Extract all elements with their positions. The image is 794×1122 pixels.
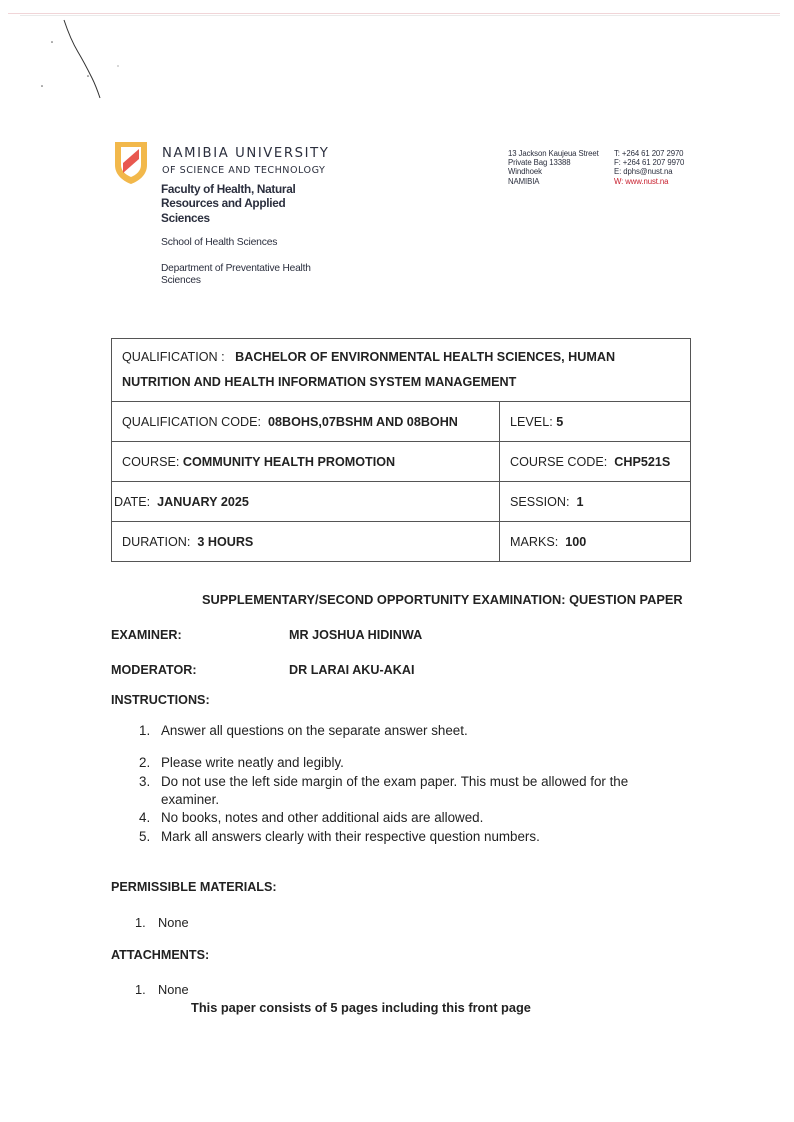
session-label: SESSION: [510, 495, 570, 509]
instruction-item: 1.Answer all questions on the separate a… [139, 723, 468, 738]
instruction-item: 3.Do not use the left side margin of the… [139, 774, 628, 789]
level-label: LEVEL: [510, 415, 553, 429]
qualification-cell: QUALIFICATION : BACHELOR OF ENVIRONMENTA… [112, 339, 691, 402]
course-label: COURSE: [122, 455, 179, 469]
qualification-code-cell: QUALIFICATION CODE: 08BOHS,07BSHM AND 08… [112, 402, 500, 442]
instruction-item: 5.Mark all answers clearly with their re… [139, 829, 540, 844]
website-link[interactable]: W: www.nust.na [614, 177, 684, 186]
instruction-text: No books, notes and other additional aid… [161, 810, 483, 825]
date-cell: DATE: JANUARY 2025 [112, 482, 500, 522]
instruction-number: 4. [139, 810, 161, 825]
university-subtitle: OF SCIENCE AND TECHNOLOGY [162, 165, 325, 176]
course-code-label: COURSE CODE: [510, 455, 607, 469]
instruction-text: Mark all answers clearly with their resp… [161, 829, 540, 844]
qualification-code-label: QUALIFICATION CODE: [122, 415, 261, 429]
item-number: 1. [135, 982, 158, 997]
marks-label: MARKS: [510, 535, 558, 549]
duration-label: DURATION: [122, 535, 190, 549]
address-line: Windhoek [508, 167, 599, 176]
marks-value: 100 [565, 535, 586, 549]
qualification-value-line2: NUTRITION AND HEALTH INFORMATION SYSTEM … [122, 375, 516, 389]
session-cell: SESSION: 1 [500, 482, 691, 522]
course-code-value: CHP521S [614, 455, 670, 469]
instruction-number: 2. [139, 755, 161, 770]
address-line: NAMIBIA [508, 177, 599, 186]
postal-address: 13 Jackson Kaujeua Street Private Bag 13… [508, 149, 599, 186]
fax-number: F: +264 61 207 9970 [614, 158, 684, 167]
item-text: None [158, 915, 189, 930]
instruction-number: 1. [139, 723, 161, 738]
school-name: School of Health Sciences [161, 237, 277, 248]
course-value: COMMUNITY HEALTH PROMOTION [183, 455, 395, 469]
phone-number: T: +264 61 207 2970 [614, 149, 684, 158]
level-value: 5 [556, 415, 563, 429]
duration-value: 3 HOURS [197, 535, 253, 549]
contact-details: T: +264 61 207 2970 F: +264 61 207 9970 … [614, 149, 684, 186]
instruction-item: 4.No books, notes and other additional a… [139, 810, 483, 825]
attachments-heading: ATTACHMENTS: [111, 948, 209, 962]
attachment-item: 1.None [135, 982, 189, 997]
university-name: NAMIBIA UNIVERSITY [162, 146, 329, 161]
permissible-material-item: 1.None [135, 915, 189, 930]
session-value: 1 [577, 495, 584, 509]
pen-mark [30, 18, 120, 103]
qualification-label: QUALIFICATION : [122, 350, 225, 364]
item-number: 1. [135, 915, 158, 930]
marks-cell: MARKS: 100 [500, 522, 691, 562]
faculty-name: Faculty of Health, Natural Resources and… [161, 182, 321, 225]
scan-edge-line [8, 13, 780, 14]
instruction-text: Do not use the left side margin of the e… [161, 774, 628, 789]
instruction-text: Please write neatly and legibly. [161, 755, 344, 770]
item-text: None [158, 982, 189, 997]
examiner-label: EXAMINER: [111, 628, 182, 642]
scan-edge-line [20, 15, 780, 16]
instruction-item: 2.Please write neatly and legibly. [139, 755, 344, 770]
email-address: E: dphs@nust.na [614, 167, 684, 176]
instruction-number: 5. [139, 829, 161, 844]
course-code-cell: COURSE CODE: CHP521S [500, 442, 691, 482]
course-cell: COURSE: COMMUNITY HEALTH PROMOTION [112, 442, 500, 482]
examiner-name: MR JOSHUA HIDINWA [289, 628, 422, 642]
date-label: DATE: [114, 495, 150, 509]
exam-info-table: QUALIFICATION : BACHELOR OF ENVIRONMENTA… [111, 338, 691, 562]
instructions-heading: INSTRUCTIONS: [111, 693, 210, 707]
address-line: Private Bag 13388 [508, 158, 599, 167]
duration-cell: DURATION: 3 HOURS [112, 522, 500, 562]
exam-title: SUPPLEMENTARY/SECOND OPPORTUNITY EXAMINA… [202, 592, 683, 607]
nust-shield-logo-icon [112, 139, 150, 185]
permissible-materials-heading: PERMISSIBLE MATERIALS: [111, 880, 277, 894]
instruction-text: Answer all questions on the separate ans… [161, 723, 468, 738]
address-line: 13 Jackson Kaujeua Street [508, 149, 599, 158]
moderator-label: MODERATOR: [111, 663, 197, 677]
qualification-value-line1: BACHELOR OF ENVIRONMENTAL HEALTH SCIENCE… [235, 350, 615, 364]
instruction-continuation: examiner. [161, 792, 219, 807]
page-count-note: This paper consists of 5 pages including… [191, 1000, 531, 1015]
instruction-number: 3. [139, 774, 161, 789]
moderator-name: DR LARAI AKU-AKAI [289, 663, 414, 677]
department-name: Department of Preventative Health Scienc… [161, 263, 311, 288]
level-cell: LEVEL: 5 [500, 402, 691, 442]
date-value: JANUARY 2025 [157, 495, 249, 509]
qualification-code-value: 08BOHS,07BSHM AND 08BOHN [268, 415, 458, 429]
